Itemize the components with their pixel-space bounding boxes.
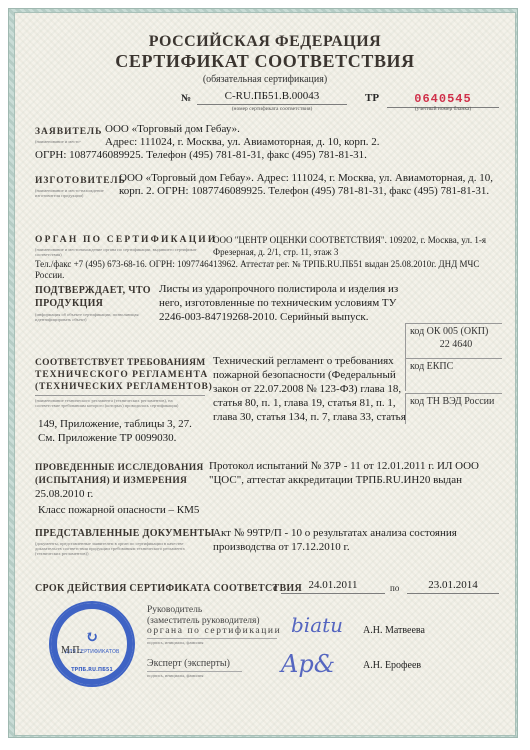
- tests-line-3: 25.08.2010 г.: [35, 488, 93, 502]
- certification-body-line-2: Фрезерная, д. 2/1, стр. 11, этаж 3: [213, 247, 338, 259]
- blank-number-caption: (учетный номер бланка): [387, 106, 499, 112]
- certificate-number: C-RU.ПБ51.В.00043: [197, 90, 347, 105]
- tests-line-2: "ЦОС", аттестат аккредитации ТРПБ.RU.ИН2…: [209, 474, 462, 488]
- tests-line-4: Класс пожарной опасности – КМ5: [38, 504, 199, 518]
- expert-signature: Ap&: [281, 650, 335, 678]
- regulation-line-7: См. Приложение ТР 0099030.: [38, 432, 176, 446]
- manufacturer-caption: (наименование и место-нахождение изготов…: [35, 188, 115, 198]
- certification-body-line-4: России.: [35, 270, 64, 282]
- ekps-code-label: код ЕКПС: [410, 361, 502, 372]
- regulation-label-3: (ТЕХНИЧЕСКИХ РЕГЛАМЕНТОВ): [35, 381, 213, 394]
- manufacturer-line-2: корп. 2. ОГРН: 1087746089925. Телефон (4…: [119, 185, 489, 199]
- expert-label: Эксперт (эксперты): [147, 658, 230, 669]
- validity-from-prefix: с: [273, 582, 278, 595]
- validity-to-date: 23.01.2014: [407, 579, 499, 594]
- product-label-1: ПОДТВЕРЖДАЕТ, ЧТО: [35, 284, 151, 297]
- stamp-logo-icon: ↻: [51, 627, 133, 647]
- tnved-code-label: код ТН ВЭД России: [410, 396, 502, 407]
- blank-number-value: 0640545: [414, 92, 471, 106]
- certification-body-line-1: ООО "ЦЕНТР ОЦЕНКИ СООТВЕТСТВИЯ". 109202,…: [213, 235, 486, 247]
- expert-name: А.Н. Ерофеев: [363, 659, 421, 673]
- mp-label: М.П.: [61, 645, 82, 656]
- product-line-2: него, изготовленные по техническим услов…: [159, 297, 396, 311]
- head-signature: biatu: [291, 613, 343, 637]
- expert-caption: подпись, инициалы, фамилия: [147, 673, 203, 678]
- okp-code-value: 22 4640: [410, 339, 502, 350]
- head-name: А.Н. Матвеева: [363, 624, 425, 638]
- head-title: Руководитель (заместитель руководителя) …: [147, 605, 281, 637]
- okp-code-box: код ОК 005 (ОКП) 22 4640: [405, 323, 502, 360]
- head-title-line-3: органа по сертификации: [147, 626, 281, 637]
- product-caption: (информация об объекте сертификации, поз…: [35, 312, 155, 322]
- certificate-subtitle: (обязательная сертификация): [15, 74, 515, 85]
- documents-line-2: производства от 17.12.2010 г.: [213, 541, 350, 555]
- regulation-line-4: статья 80, п. 1, глава 19, статья 81, п.…: [213, 397, 396, 411]
- applicant-name: ООО «Торговый дом Гебау».: [105, 123, 240, 137]
- certification-stamp: ↻ ДЛЯ СЕРТИФИКАТОВ ТРПБ.RU.ПБ51: [49, 601, 135, 687]
- tests-label-1: ПРОВЕДЕННЫЕ ИССЛЕДОВАНИЯ: [35, 462, 204, 475]
- validity-label: СРОК ДЕЙСТВИЯ СЕРТИФИКАТА СООТВЕТСТВИЯ: [35, 582, 302, 595]
- tr-prefix: ТР: [365, 92, 379, 104]
- head-title-line-2: (заместитель руководителя): [147, 616, 281, 627]
- certificate-title: СЕРТИФИКАТ СООТВЕТСТВИЯ: [15, 51, 515, 72]
- applicant-ogrn: ОГРН: 1087746089925. Телефон (495) 781-8…: [35, 149, 367, 163]
- certification-body-line-3: Тел./факс +7 (495) 673-68-16. ОГРН: 1097…: [35, 259, 479, 271]
- applicant-address: Адрес: 111024, г. Москва, ул. Авиамоторн…: [105, 136, 380, 150]
- head-title-line-1: Руководитель: [147, 605, 281, 616]
- manufacturer-line-1: ООО «Торговый дом Гебау». Адрес: 111024,…: [119, 172, 493, 186]
- applicant-label: ЗАЯВИТЕЛЬ: [35, 127, 102, 137]
- okp-code-label: код ОК 005 (ОКП): [410, 326, 502, 337]
- certificate-paper: РОССИЙСКАЯ ФЕДЕРАЦИЯ СЕРТИФИКАТ СООТВЕТС…: [14, 12, 516, 736]
- country-heading: РОССИЙСКАЯ ФЕДЕРАЦИЯ: [15, 33, 515, 51]
- ekps-code-box: код ЕКПС: [405, 358, 502, 391]
- product-line-3: 2246-003-84719268-2010. Серийный выпуск.: [159, 311, 368, 325]
- regulation-line-3: закон от 22.07.2008 № 123-ФЗ) глава 18,: [213, 383, 401, 397]
- product-line-1: Листы из ударопрочного полистирола и изд…: [159, 283, 398, 297]
- stamp-code: ТРПБ.RU.ПБ51: [51, 667, 133, 673]
- validity-from-date: 24.01.2011: [281, 579, 385, 594]
- head-divider: [147, 638, 277, 639]
- regulation-line-5: глава 30, статья 134, п. 7, глава 33, ст…: [213, 411, 406, 425]
- validity-to-prefix: по: [390, 583, 399, 593]
- regulation-divider: [35, 395, 205, 396]
- documents-line-1: Акт № 99ТР/П - 10 о результатах анализа …: [213, 527, 457, 541]
- regulation-line-1: Технический регламент о требованиях: [213, 355, 394, 369]
- tnved-code-box: код ТН ВЭД России: [405, 393, 502, 424]
- number-prefix: №: [181, 93, 191, 104]
- product-label-2: ПРОДУКЦИЯ: [35, 297, 103, 310]
- certificate-number-caption: (номер сертификата соответствия): [197, 106, 347, 112]
- applicant-caption: (наименование и место-: [35, 139, 81, 144]
- certification-body-label: ОРГАН ПО СЕРТИФИКАЦИИ: [35, 235, 218, 245]
- manufacturer-label: ИЗГОТОВИТЕЛЬ: [35, 176, 126, 186]
- tests-line-1: Протокол испытаний № 37Р - 11 от 12.01.2…: [209, 460, 479, 474]
- tests-label-2: (ИСПЫТАНИЯ) И ИЗМЕРЕНИЯ: [35, 475, 187, 488]
- documents-label: ПРЕДСТАВЛЕННЫЕ ДОКУМЕНТЫ: [35, 527, 215, 540]
- expert-divider: [147, 671, 242, 672]
- regulation-line-6: 149, Приложение, таблицы 3, 27.: [38, 418, 192, 432]
- regulation-line-2: пожарной безопасности (Федеральный: [213, 369, 396, 383]
- head-caption: подпись, инициалы, фамилия: [147, 640, 203, 645]
- certification-body-caption: (наименование и местонахождение органа п…: [35, 247, 205, 257]
- regulation-caption: (наименование технического регламента (т…: [35, 398, 185, 408]
- documents-caption: (документы, представленные заявителем в …: [35, 541, 185, 556]
